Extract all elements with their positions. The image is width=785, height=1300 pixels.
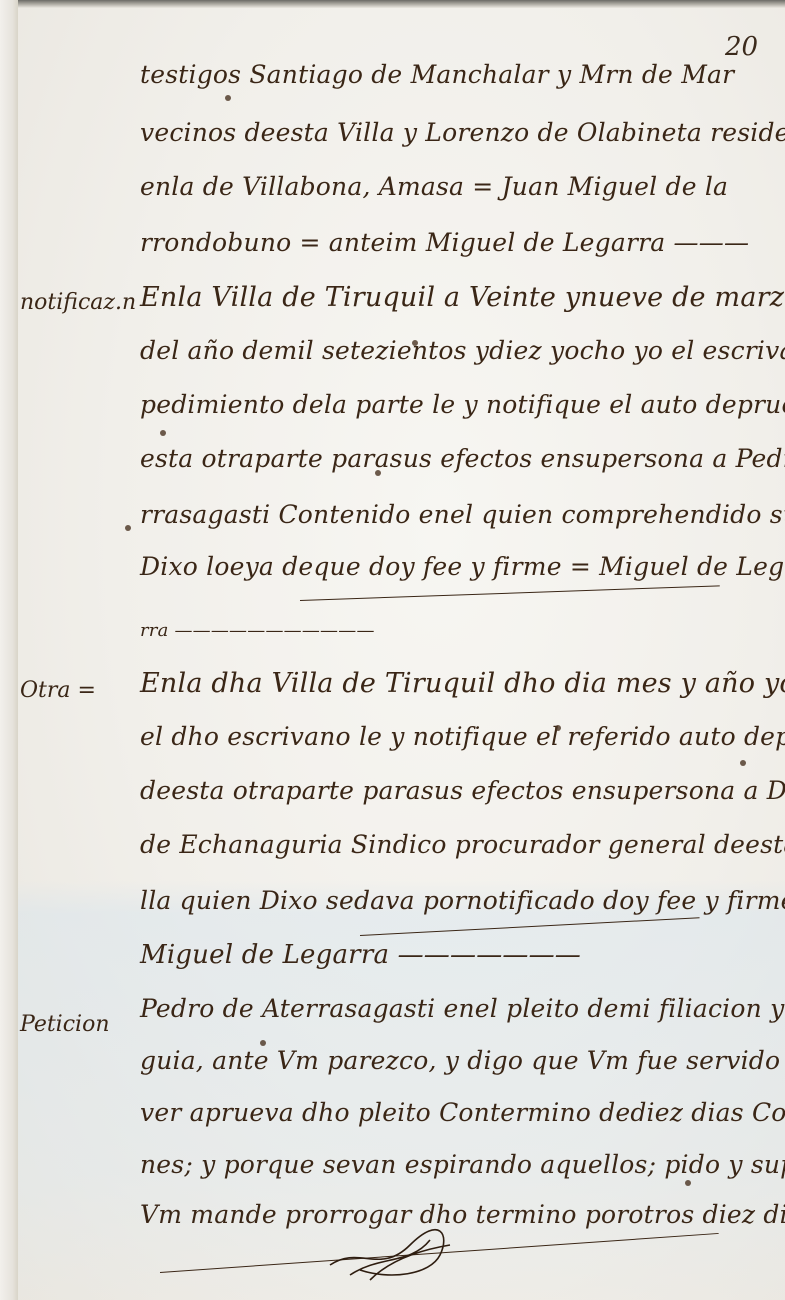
manuscript-line: rra ——————————— bbox=[140, 620, 375, 641]
signature-flourish-icon bbox=[320, 1225, 480, 1285]
manuscript-line: guia, ante Vm parezco, y digo que Vm fue… bbox=[140, 1046, 785, 1075]
manuscript-line: testigos Santiago de Manchalar y Mrn de … bbox=[140, 60, 734, 89]
ink-spot bbox=[125, 525, 131, 531]
manuscript-line: Enla Villa de Tiruquil a Veinte ynueve d… bbox=[140, 282, 785, 313]
manuscript-line: deesta otraparte parasus efectos ensuper… bbox=[140, 776, 785, 805]
manuscript-line: vecinos deesta Villa y Lorenzo de Olabin… bbox=[140, 118, 785, 147]
manuscript-line: ver aprueva dho pleito Contermino dediez… bbox=[140, 1098, 785, 1127]
ink-spot bbox=[375, 470, 381, 476]
ink-spot bbox=[740, 760, 746, 766]
manuscript-line: enla de Villabona, Amasa = Juan Miguel d… bbox=[140, 172, 728, 201]
manuscript-line: Enla dha Villa de Tiruquil dho dia mes y… bbox=[140, 668, 785, 699]
manuscript-line: rrondobuno = anteim Miguel de Legarra ——… bbox=[140, 228, 749, 257]
ink-spot bbox=[412, 340, 418, 346]
margin-note-otra: Otra = bbox=[20, 678, 96, 703]
binding-edge bbox=[0, 0, 19, 1300]
manuscript-line: rrasagasti Contenido enel quien comprehe… bbox=[140, 500, 785, 529]
manuscript-line: del año demil setezientos ydiez yocho yo… bbox=[140, 336, 785, 365]
ink-spot bbox=[160, 430, 166, 436]
manuscript-line: el dho escrivano le y notifique el refer… bbox=[140, 722, 785, 751]
manuscript-line: nes; y porque sevan espirando aquellos; … bbox=[140, 1150, 785, 1179]
folio-number: 20 bbox=[725, 32, 758, 62]
ink-spot bbox=[685, 1180, 691, 1186]
ink-spot bbox=[225, 95, 231, 101]
manuscript-line: esta otraparte parasus efectos ensuperso… bbox=[140, 444, 785, 473]
manuscript-line: pedimiento dela parte le y notifique el … bbox=[140, 390, 785, 419]
margin-note-peticion: Peticion bbox=[20, 1012, 109, 1037]
ink-spot bbox=[555, 725, 561, 731]
margin-note-notification: notificaz.n bbox=[20, 290, 136, 315]
manuscript-line: Miguel de Legarra ——————— bbox=[140, 940, 581, 970]
page-top-edge bbox=[18, 0, 785, 8]
ink-spot bbox=[260, 1040, 266, 1046]
manuscript-line: Pedro de Aterrasagasti enel pleito demi … bbox=[140, 994, 785, 1023]
manuscript-line: lla quien Dixo sedava pornotificado doy … bbox=[140, 886, 785, 915]
manuscript-line: Dixo loeya deque doy fee y firme = Migue… bbox=[140, 552, 785, 581]
manuscript-line: de Echanaguria Sindico procurador genera… bbox=[140, 830, 785, 859]
